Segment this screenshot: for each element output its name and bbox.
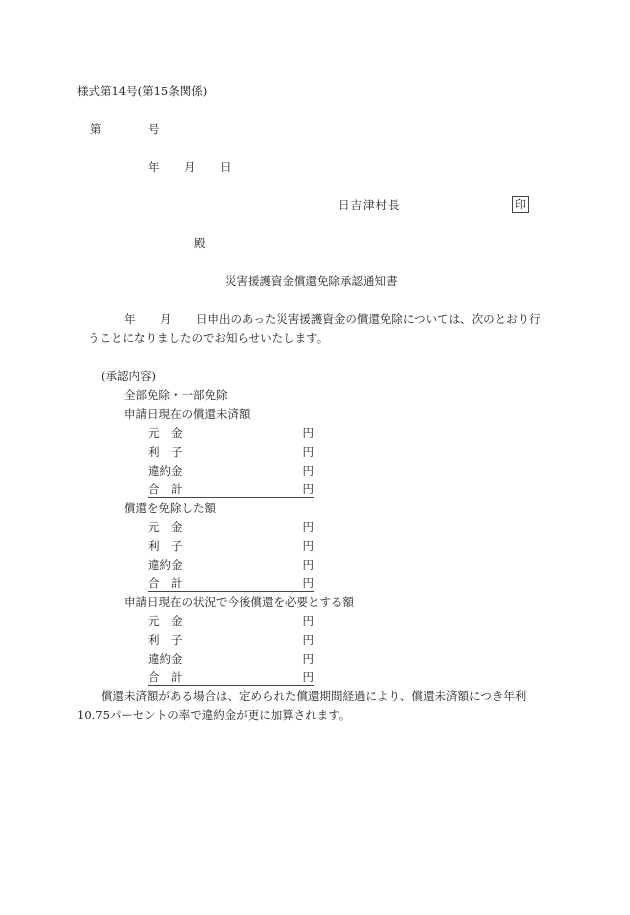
approval-type: 全部免除・一部免除 [124, 388, 228, 402]
form-number: 様式第14号(第15条関係) [77, 84, 207, 98]
document-title: 災害援護資金償還免除承認通知書 [225, 274, 398, 288]
note-line1: 償還未済額がある場合は、定められた償還期間経過により、償還未済額につき年利 [101, 689, 526, 703]
section-title: 申請日現在の状況で今後償還を必要とする額 [124, 595, 354, 609]
note-line2: 10.75パーセントの率で違約金が更に加算されます。 [77, 708, 350, 722]
doc-number-prefix: 第 [90, 122, 102, 136]
body-line2: うことになりましたのでお知らせいたします。 [88, 331, 328, 345]
amount-row-principal: 元 金 円 [148, 520, 314, 534]
amount-row-penalty: 違約金 円 [148, 652, 314, 666]
addressee-suffix: 殿 [194, 236, 206, 250]
doc-number-suffix: 号 [148, 122, 160, 136]
body-line1: 日申出のあった災害援護資金の償還免除については、次のとおり行 [196, 312, 541, 326]
date-year: 年 [148, 160, 160, 174]
amount-row-interest: 利 子 円 [148, 633, 314, 647]
body-year: 年 [124, 312, 136, 326]
amount-row-interest: 利 子 円 [148, 539, 314, 553]
seal-mark: 印 [512, 196, 529, 213]
date-month: 月 [184, 160, 196, 174]
issuer-name: 日吉津村長 [338, 198, 401, 212]
amount-row-total: 合 計 円 [148, 576, 314, 592]
section-title: 申請日現在の償還未済額 [124, 407, 251, 421]
approval-heading: (承認内容) [101, 369, 156, 383]
section-title: 償還を免除した額 [124, 501, 216, 515]
amount-row-total: 合 計 円 [148, 670, 314, 686]
amount-row-penalty: 違約金 円 [148, 464, 314, 478]
amount-row-total: 合 計 円 [148, 482, 314, 498]
date-day: 日 [220, 160, 232, 174]
amount-row-principal: 元 金 円 [148, 614, 314, 628]
amount-row-principal: 元 金 円 [148, 426, 314, 440]
amount-row-penalty: 違約金 円 [148, 558, 314, 572]
body-month: 月 [160, 312, 172, 326]
amount-row-interest: 利 子 円 [148, 445, 314, 459]
